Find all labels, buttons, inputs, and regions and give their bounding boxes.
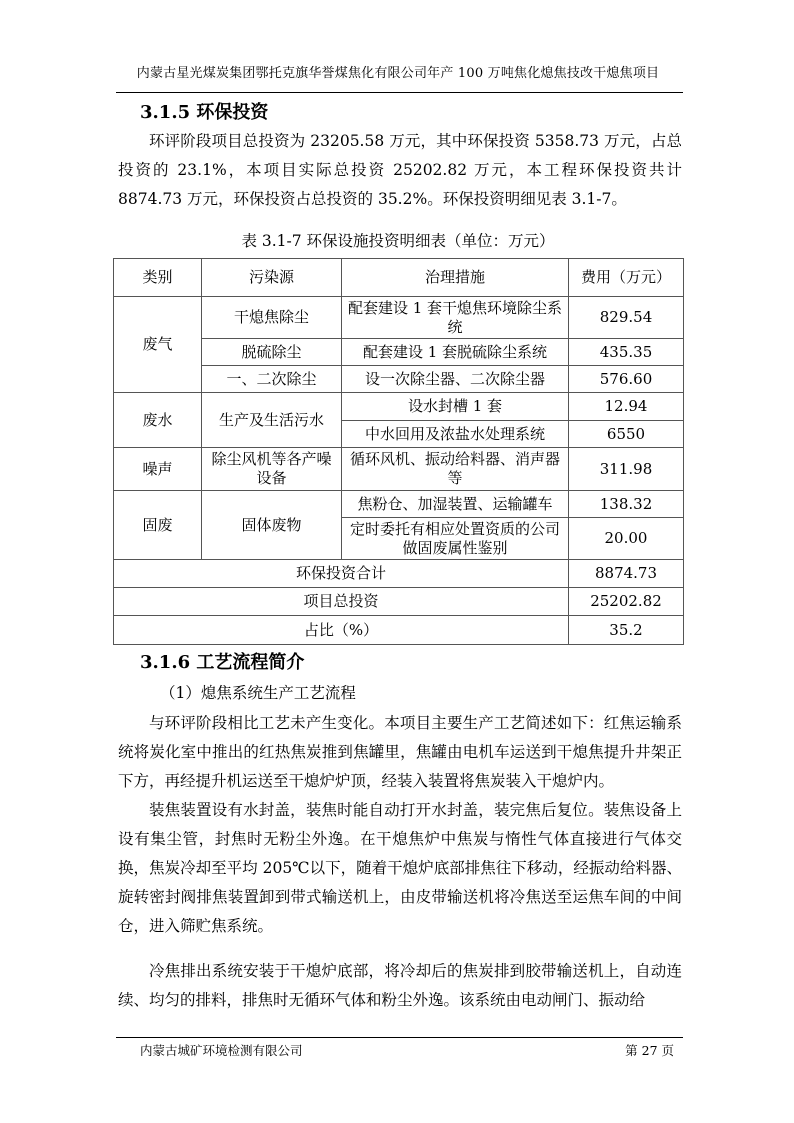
category-cell: 废水: [114, 393, 202, 448]
measure-cell: 配套建设 1 套脱硫除尘系统: [342, 339, 569, 366]
table-row: 废水 生产及生活污水 设水封槽 1 套 12.94: [114, 393, 684, 421]
process-paragraph-1: 与环评阶段相比工艺未产生变化。本项目主要生产工艺简述如下：红焦运输系统将炭化室中…: [118, 709, 682, 796]
measure-cell: 中水回用及浓盐水处理系统: [342, 421, 569, 448]
source-cell: 干熄焦除尘: [202, 297, 342, 339]
table-row: 固废 固体废物 焦粉仓、加湿装置、运输罐车 138.32: [114, 491, 684, 518]
header-divider: [116, 92, 683, 93]
summary-row-total-env: 环保投资合计 8874.73: [114, 560, 684, 588]
summary-value: 8874.73: [569, 560, 684, 588]
category-cell: 固废: [114, 491, 202, 560]
footer-divider: [116, 1037, 683, 1038]
summary-value: 25202.82: [569, 588, 684, 616]
measure-cell: 设一次除尘器、二次除尘器: [342, 366, 569, 393]
measure-cell: 定时委托有相应处置资质的公司做固废属性鉴别: [342, 518, 569, 560]
table-header-row: 类别 污染源 治理措施 费用（万元）: [114, 259, 684, 297]
cost-cell: 576.60: [569, 366, 684, 393]
cost-cell: 20.00: [569, 518, 684, 560]
measure-cell: 设水封槽 1 套: [342, 393, 569, 421]
column-header-source: 污染源: [202, 259, 342, 297]
page-header-title: 内蒙古星光煤炭集团鄂托克旗华誉煤焦化有限公司年产 100 万吨焦化熄焦技改干熄焦…: [113, 62, 683, 81]
footer-company: 内蒙古城矿环境检测有限公司: [140, 1041, 303, 1059]
source-cell: 生产及生活污水: [202, 393, 342, 448]
cost-cell: 435.35: [569, 339, 684, 366]
section-315-paragraph: 环评阶段项目总投资为 23205.58 万元，其中环保投资 5358.73 万元…: [118, 127, 682, 214]
process-paragraph-2: 装焦装置设有水封盖，装焦时能自动打开水封盖，装完焦后复位。装焦设备上设有集尘管，…: [118, 796, 682, 941]
column-header-category: 类别: [114, 259, 202, 297]
summary-label: 项目总投资: [114, 588, 569, 616]
cost-cell: 12.94: [569, 393, 684, 421]
category-cell: 噪声: [114, 448, 202, 491]
measure-cell: 循环风机、振动给料器、消声器等: [342, 448, 569, 491]
summary-row-total-project: 项目总投资 25202.82: [114, 588, 684, 616]
investment-table: 类别 污染源 治理措施 费用（万元） 废气 干熄焦除尘 配套建设 1 套干熄焦环…: [113, 258, 684, 645]
source-cell: 除尘风机等各产噪设备: [202, 448, 342, 491]
cost-cell: 311.98: [569, 448, 684, 491]
column-header-cost: 费用（万元）: [569, 259, 684, 297]
summary-row-ratio: 占比（%） 35.2: [114, 616, 684, 645]
cost-cell: 138.32: [569, 491, 684, 518]
measure-cell: 配套建设 1 套干熄焦环境除尘系统: [342, 297, 569, 339]
table-caption: 表 3.1-7 环保设施投资明细表（单位：万元）: [113, 229, 683, 251]
table-row: 废气 干熄焦除尘 配套建设 1 套干熄焦环境除尘系统 829.54: [114, 297, 684, 339]
page-number: 第 27 页: [625, 1041, 674, 1059]
section-heading-316: 3.1.6 工艺流程简介: [140, 648, 304, 674]
category-cell: 废气: [114, 297, 202, 393]
cost-cell: 829.54: [569, 297, 684, 339]
source-cell: 固体废物: [202, 491, 342, 560]
process-paragraph-3: 冷焦排出系统安装于干熄炉底部，将冷却后的焦炭排到胶带输送机上，自动连续、均匀的排…: [118, 957, 682, 1015]
subsection-heading: （1）熄焦系统生产工艺流程: [160, 681, 356, 703]
cost-cell: 6550: [569, 421, 684, 448]
summary-value: 35.2: [569, 616, 684, 645]
table-row: 噪声 除尘风机等各产噪设备 循环风机、振动给料器、消声器等 311.98: [114, 448, 684, 491]
summary-label: 占比（%）: [114, 616, 569, 645]
source-cell: 一、二次除尘: [202, 366, 342, 393]
column-header-measure: 治理措施: [342, 259, 569, 297]
summary-label: 环保投资合计: [114, 560, 569, 588]
source-cell: 脱硫除尘: [202, 339, 342, 366]
section-heading-315: 3.1.5 环保投资: [140, 98, 268, 124]
measure-cell: 焦粉仓、加湿装置、运输罐车: [342, 491, 569, 518]
